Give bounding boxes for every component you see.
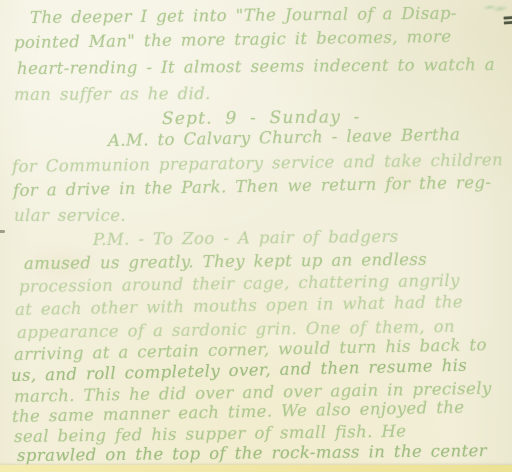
- handwriting-line: sprawled on the top of the rock-mass in …: [17, 441, 487, 465]
- left-edge-mark: [0, 230, 5, 233]
- handwriting-line: amused us greatly. They kept up an endle…: [24, 250, 427, 273]
- handwriting-line: for Communion preparatory service and ta…: [12, 150, 503, 176]
- journal-page: = The deeper I get into "The Journal of …: [0, 0, 512, 472]
- handwriting-line: The deeper I get into "The Journal of a …: [30, 4, 457, 27]
- page-corner-mark: =: [502, 8, 512, 34]
- handwriting-line: A.M. to Calvary Church - leave Bertha: [108, 125, 461, 150]
- handwriting-line: for a drive in the Park. Then we return …: [13, 173, 492, 200]
- handwriting-line: pointed Man" the more tragic it becomes,…: [14, 27, 452, 52]
- handwriting-line: at each other with mouths open in what h…: [15, 292, 463, 319]
- entry-date-heading: Sept. 9 - Sunday -: [162, 107, 361, 129]
- handwriting-line: ular service.: [14, 206, 126, 225]
- handwriting-line: P.M. - To Zoo - A pair of badgers: [93, 227, 399, 249]
- handwriting-line: heart-rending - It almost seems indecent…: [17, 55, 495, 78]
- page-bottom-edge: [0, 465, 512, 472]
- handwriting-line: man suffer as he did.: [14, 84, 211, 104]
- handwriting-line: procession around their cage, chattering…: [19, 271, 460, 296]
